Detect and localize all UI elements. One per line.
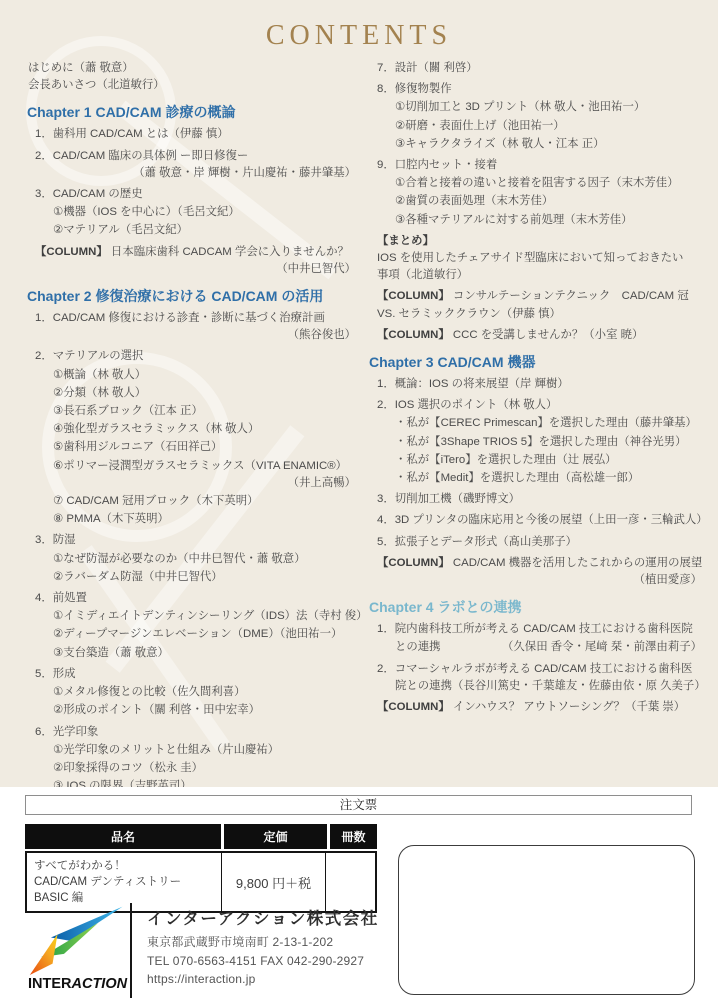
toc-subitem: ③ IOS の限界（吉野英司） (53, 778, 356, 787)
company-tel-fax: TEL 070-6563-4151 FAX 042-290-2927 (147, 954, 387, 968)
company-logo: INTERACTION (28, 905, 128, 997)
toc-item: 1．院内歯科技工所が考える CAD/CAM 技工における歯科医院 (377, 621, 702, 638)
column-label: 【COLUMN】 (377, 701, 450, 713)
toc-subitem: ①光学印象のメリットと仕組み（片山慶祐） (53, 742, 356, 759)
logo-wordmark-action: ACTION (72, 976, 128, 992)
toc-column-entry: 【COLUMN】 CCC を受講しませんか？（小室 暁） (377, 327, 702, 344)
company-url[interactable]: https://interaction.jp (147, 972, 387, 986)
toc-authors-line: （井上高暢） (27, 475, 356, 492)
toc-subitem: ③各種マテリアルに対する前処理（末木芳佳） (395, 212, 702, 229)
vertical-divider (130, 903, 132, 998)
company-info: インターアクション株式会社 東京都武蔵野市境南町 2-13-1-202 TEL … (147, 905, 387, 986)
toc-item: 2．CAD/CAM 臨床の具体例 ー即日修復ー (35, 148, 356, 165)
toc-item: 2．マテリアルの選択 (35, 348, 356, 365)
toc-authors-line: （中井巳智代） (27, 261, 356, 278)
toc-bullet-item: ・私が【iTero】を選択した理由（辻 展弘） (395, 452, 702, 469)
toc-subitem: ⑧ PMMA（木下英明） (53, 511, 356, 528)
toc-item: 2．IOS 選択のポイント（林 敬人） (377, 397, 702, 414)
toc-item: 6．光学印象 (35, 724, 356, 741)
toc-subitem: ①なぜ防湿が必要なのか（中井巳智代・蕭 敬意） (53, 551, 356, 568)
toc-subitem: ③キャラクタライズ（林 敬人・江本 正） (395, 136, 702, 153)
toc-subitem: ②分類（林 敬人） (53, 385, 356, 402)
toc-item: 4．前処置 (35, 590, 356, 607)
toc-item: 7．設計（關 利啓） (377, 60, 702, 77)
header-cell-quantity: 冊数 (330, 824, 377, 849)
toc-bullet-item: ・私が【3Shape TRIOS 5】を選択した理由（神谷光男） (395, 434, 702, 451)
quantity-cell[interactable] (326, 853, 373, 911)
toc-bullet-item: ・私が【Medit】を選択した理由（高松雄一郎） (395, 470, 702, 487)
toc-front-matter-line: はじめに（蕭 敬意） (28, 60, 356, 77)
toc-item: 3．防湿 (35, 532, 356, 549)
toc-chapter-heading: Chapter 3 CAD/CAM 機器 (369, 353, 702, 372)
toc-subitem: ④強化型ガラスセラミックス（林 敬人） (53, 421, 356, 438)
table-row: すべてがわかる！ CAD/CAM デンティストリー BASIC 編9,800 円… (25, 851, 377, 913)
logo-wordmark-inter: INTER (28, 976, 72, 992)
toc-item: 1．歯科用 CAD/CAM とは（伊藤 慎） (35, 126, 356, 143)
toc-split-authors: （久保田 香令・尾﨑 栞・前澤由莉子） (502, 639, 702, 656)
toc-subitem: ⑥ポリマー浸潤型ガラスセラミックス（VITA ENAMIC®） (53, 458, 356, 475)
toc-authors-line: （蕭 敬意・岸 輝樹・片山慶祐・藤井肇基） (27, 165, 356, 182)
toc-subitem: ①イミディエイトデンティンシーリング（IDS）法（寺村 俊） (53, 608, 356, 625)
toc-continuation-line: VS. セラミッククラウン（伊藤 慎） (377, 306, 702, 323)
toc-subitem: ②ラバーダム防湿（中井巳智代） (53, 569, 356, 586)
toc-chapter-heading: Chapter 2 修復治療における CAD/CAM の活用 (27, 287, 356, 306)
toc-column-left: はじめに（蕭 敬意）会長あいさつ（北道敏行）Chapter 1 CAD/CAM … (27, 60, 356, 787)
toc-item: 5．拡張子とデータ形式（髙山美那子） (377, 534, 702, 551)
toc-subitem: ③支台築造（蕭 敬意） (53, 645, 356, 662)
toc-subitem: ①切削加工と 3D プリント（林 敬人・池田祐一） (395, 99, 702, 116)
toc-subitem: ①概論（林 敬人） (53, 367, 356, 384)
toc-split-line: との連携（久保田 香令・尾﨑 栞・前澤由莉子） (395, 639, 702, 656)
toc-front-matter-line: 会長あいさつ（北道敏行） (28, 77, 356, 94)
toc-item: 1．概論：IOS の将来展望（岸 輝樹） (377, 376, 702, 393)
toc-subitem: ②研磨・表面仕上げ（池田祐一） (395, 118, 702, 135)
toc-subitem: ⑦ CAD/CAM 冠用ブロック（木下英明） (53, 493, 356, 510)
toc-summary-label: 【まとめ】 (377, 233, 702, 250)
toc-chapter-heading: Chapter 1 CAD/CAM 診療の概論 (27, 103, 356, 122)
company-name: インターアクション株式会社 (147, 905, 387, 929)
toc-bullet-item: ・私が【CEREC Primescan】を選択した理由（藤井肇基） (395, 415, 702, 432)
toc-subitem: ①機器（IOS を中心に）（毛呂文紀） (53, 204, 356, 221)
toc-subitem: ②ディープマージンエレベーション（DME）（池田祐一） (53, 626, 356, 643)
toc-subitem: ②歯質の表面処理（末木芳佳） (395, 193, 702, 210)
product-name-cell: すべてがわかる！ CAD/CAM デンティストリー BASIC 編 (27, 853, 222, 911)
toc-subitem: ②印象採得のコツ（松永 圭） (53, 760, 356, 777)
toc-column-entry: 【COLUMN】 コンサルテーションテクニック CAD/CAM 冠 (377, 288, 702, 305)
company-address: 東京都武蔵野市境南町 2-13-1-202 (147, 933, 387, 950)
toc-item: 2．コマーシャルラボが考える CAD/CAM 技工における歯科医 (377, 661, 702, 678)
column-label: 【COLUMN】 (377, 329, 450, 341)
toc-authors-line: （熊谷俊也） (27, 327, 356, 344)
toc-item: 1．CAD/CAM 修復における診査・診断に基づく治療計画 (35, 310, 356, 327)
header-cell-product-name: 品名 (25, 824, 221, 849)
order-slip-title: 注文票 (25, 795, 692, 815)
toc-column-entry: 【COLUMN】 CAD/CAM 機器を活用したこれからの運用の展望 (377, 555, 702, 572)
header-cell-price: 定価 (224, 824, 327, 849)
price-cell: 9,800 円＋税 (222, 853, 326, 911)
column-label: 【COLUMN】 (377, 557, 450, 569)
toc-section: CONTENTS はじめに（蕭 敬意）会長あいさつ（北道敏行）Chapter 1… (0, 0, 718, 787)
toc-continuation-line: 院との連携（長谷川篤史・千葉雄友・佐藤由依・原 久美子） (395, 678, 702, 695)
toc-split-left: との連携 (395, 639, 441, 656)
order-table-body: すべてがわかる！ CAD/CAM デンティストリー BASIC 編9,800 円… (25, 851, 377, 913)
toc-subitem: ①合着と接着の違いと接着を阻害する因子（末木芳佳） (395, 175, 702, 192)
order-table-header-row: 品名定価冊数 (25, 824, 377, 849)
toc-subitem: ②マテリアル（毛呂文紀） (53, 222, 356, 239)
contents-page: CONTENTS はじめに（蕭 敬意）会長あいさつ（北道敏行）Chapter 1… (0, 0, 718, 1000)
interaction-logo-mark-icon (28, 905, 126, 975)
toc-subitem: ⑤歯科用ジルコニア（石田祥己） (53, 439, 356, 456)
column-label: 【COLUMN】 (35, 246, 108, 258)
toc-chapter-heading: Chapter 4 ラボとの連携 (369, 598, 702, 617)
toc-column-entry: 【COLUMN】 日本臨床歯科 CADCAM 学会に入りませんか？ (35, 244, 356, 261)
toc-authors-line: （植田愛彦） (369, 572, 702, 589)
toc-item: 3．CAD/CAM の歴史 (35, 186, 356, 203)
toc-continuation-line: 事項（北道敏行） (377, 267, 702, 284)
toc-continuation-line: IOS を使用したチェアサイド型臨床において知っておきたい (377, 250, 702, 267)
toc-subitem: ②形成のポイント（關 利啓・田中宏幸） (53, 702, 356, 719)
page-title: CONTENTS (0, 20, 718, 52)
order-table: 品名定価冊数 すべてがわかる！ CAD/CAM デンティストリー BASIC 編… (25, 824, 377, 913)
toc-subitem: ①メタル修復との比較（佐久間利喜） (53, 684, 356, 701)
toc-subitem: ③長石系ブロック（江本 正） (53, 403, 356, 420)
toc-item: 9．口腔内セット・接着 (377, 157, 702, 174)
toc-item: 5．形成 (35, 666, 356, 683)
address-entry-box[interactable] (398, 845, 695, 995)
toc-item: 4．3D プリンタの臨床応用と今後の展望（上田一彦・三輪武人） (377, 512, 702, 529)
toc-item: 3．切削加工機（磯野博文） (377, 491, 702, 508)
toc-column-entry: 【COLUMN】 インハウス？ アウトソーシング？（千葉 崇） (377, 699, 702, 716)
toc-column-right: 7．設計（關 利啓）8．修復物製作①切削加工と 3D プリント（林 敬人・池田祐… (369, 60, 702, 716)
logo-wordmark: INTERACTION (28, 976, 128, 992)
column-label: 【COLUMN】 (377, 290, 450, 302)
toc-item: 8．修復物製作 (377, 81, 702, 98)
